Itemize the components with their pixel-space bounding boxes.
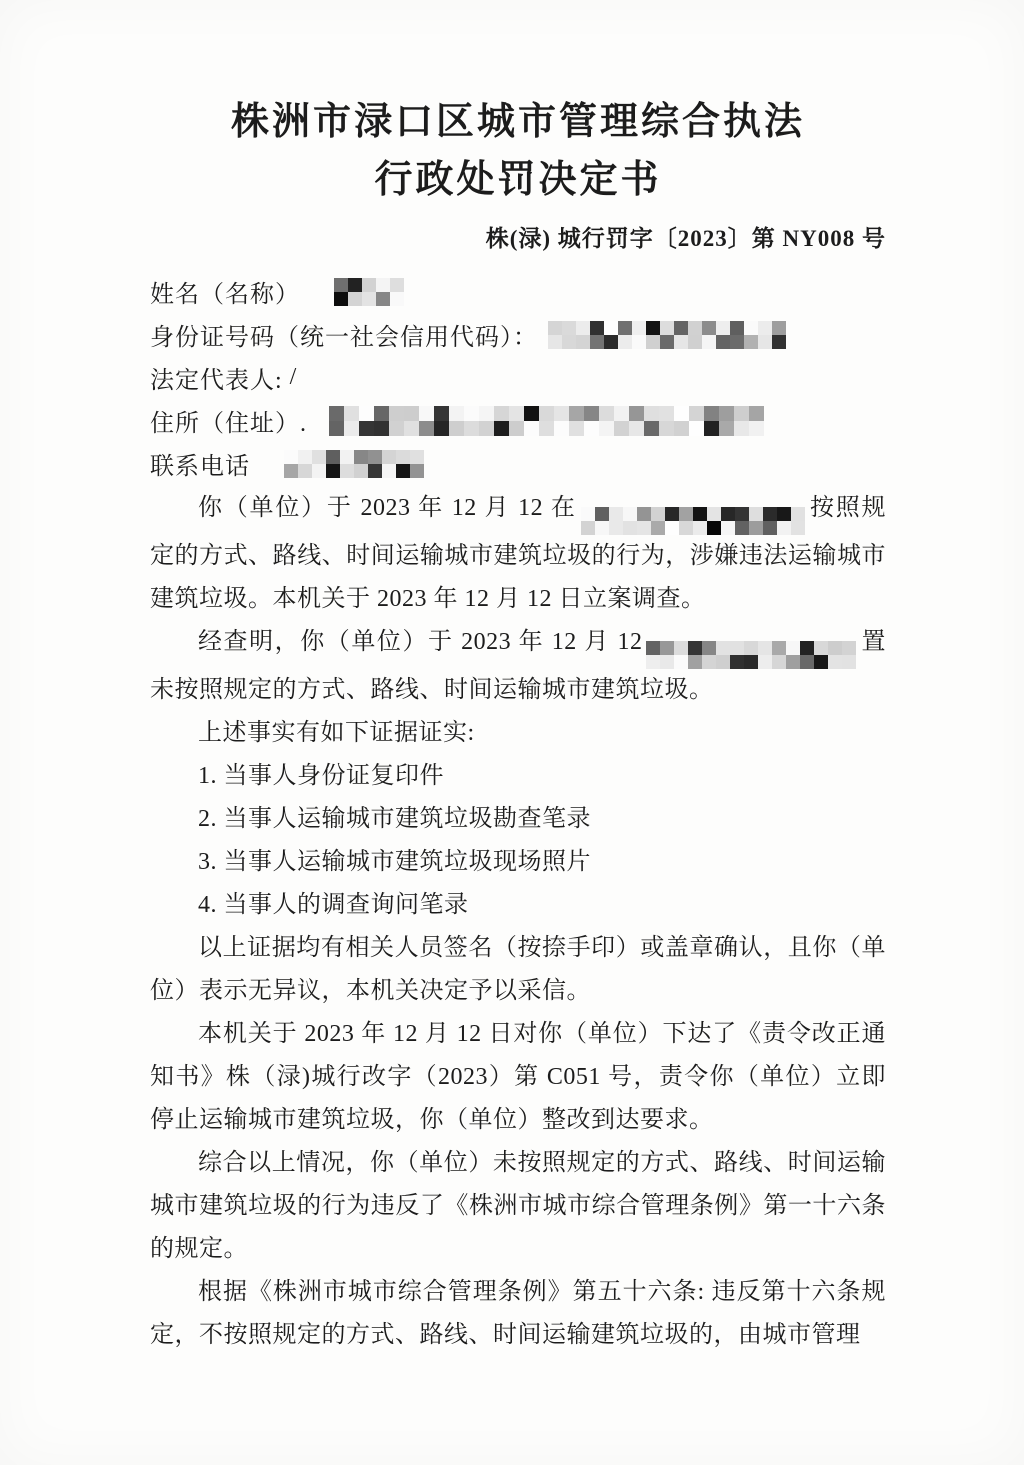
legal-rep-value: / xyxy=(290,364,298,391)
name-label: 姓名（名称） xyxy=(150,274,300,309)
document-number: 株(渌) 城行罚字〔2023〕第 NY008 号 xyxy=(150,224,886,254)
id-number-label: 身份证号码（统一社会信用代码）： xyxy=(150,317,538,352)
redaction-address xyxy=(329,406,764,436)
paragraph-evidence-intro: 上述事实有如下证据证实: xyxy=(150,712,886,755)
paragraph-evidence-confirmation: 以上证据均有相关人员签名（按捺手印）或盖章确认，且你（单位）表示无异议，本机关决… xyxy=(150,927,886,1013)
scanned-document-page: 株洲市渌口区城市管理综合执法 行政处罚决定书 株(渌) 城行罚字〔2023〕第 … xyxy=(0,0,1024,1465)
redaction-id-number xyxy=(548,321,786,349)
redaction-phone xyxy=(284,450,424,478)
info-row-phone: 联系电话 xyxy=(150,442,886,485)
evidence-item-3: 3. 当事人运输城市建筑垃圾现场照片 xyxy=(150,841,886,884)
paragraph-correction-notice: 本机关于 2023 年 12 月 12 日对你（单位）下达了《责令改正通知书》株… xyxy=(150,1013,886,1142)
redaction-findings-location xyxy=(646,641,856,669)
info-row-name: 姓名（名称） xyxy=(150,270,886,313)
paragraph-legal-basis: 根据《株洲市城市综合管理条例》第五十六条: 违反第十六条规定，不按照规定的方式、… xyxy=(150,1271,886,1357)
document-body: 你（单位）于 2023 年 12 月 12 在按照规定的方式、路线、时间运输城市… xyxy=(150,487,886,1357)
evidence-item-1: 1. 当事人身份证复印件 xyxy=(150,755,886,798)
party-info-block: 姓名（名称） 身份证号码（统一社会信用代码）： 法定代表人: / 住所（住址）.… xyxy=(150,270,886,485)
paragraph-findings: 经查明，你（单位）于 2023 年 12 月 12置未按照规定的方式、路线、时间… xyxy=(150,621,886,712)
paragraph-violation-conclusion: 综合以上情况，你（单位）未按照规定的方式、路线、时间运输城市建筑垃圾的行为违反了… xyxy=(150,1142,886,1271)
document-content: 株洲市渌口区城市管理综合执法 行政处罚决定书 株(渌) 城行罚字〔2023〕第 … xyxy=(150,92,886,1357)
paragraph-allegation: 你（单位）于 2023 年 12 月 12 在按照规定的方式、路线、时间运输城市… xyxy=(150,487,886,621)
info-row-legal-rep: 法定代表人: / xyxy=(150,356,886,399)
redaction-name xyxy=(334,278,404,306)
redaction-incident-location xyxy=(581,507,805,535)
paragraph-allegation-before: 你（单位）于 2023 年 12 月 12 在 xyxy=(198,495,577,521)
legal-rep-label: 法定代表人: xyxy=(150,360,290,395)
paragraph-findings-before: 经查明，你（单位）于 2023 年 12 月 12 xyxy=(198,629,642,655)
document-title-line2: 行政处罚决定书 xyxy=(150,150,886,208)
evidence-item-2: 2. 当事人运输城市建筑垃圾勘查笔录 xyxy=(150,798,886,841)
address-label: 住所（住址）. xyxy=(150,403,307,438)
phone-label: 联系电话 xyxy=(150,446,250,481)
info-row-address: 住所（住址）. xyxy=(150,399,886,442)
evidence-item-4: 4. 当事人的调查询问笔录 xyxy=(150,884,886,927)
document-title-line1: 株洲市渌口区城市管理综合执法 xyxy=(150,92,886,150)
info-row-id-number: 身份证号码（统一社会信用代码）： xyxy=(150,313,886,356)
